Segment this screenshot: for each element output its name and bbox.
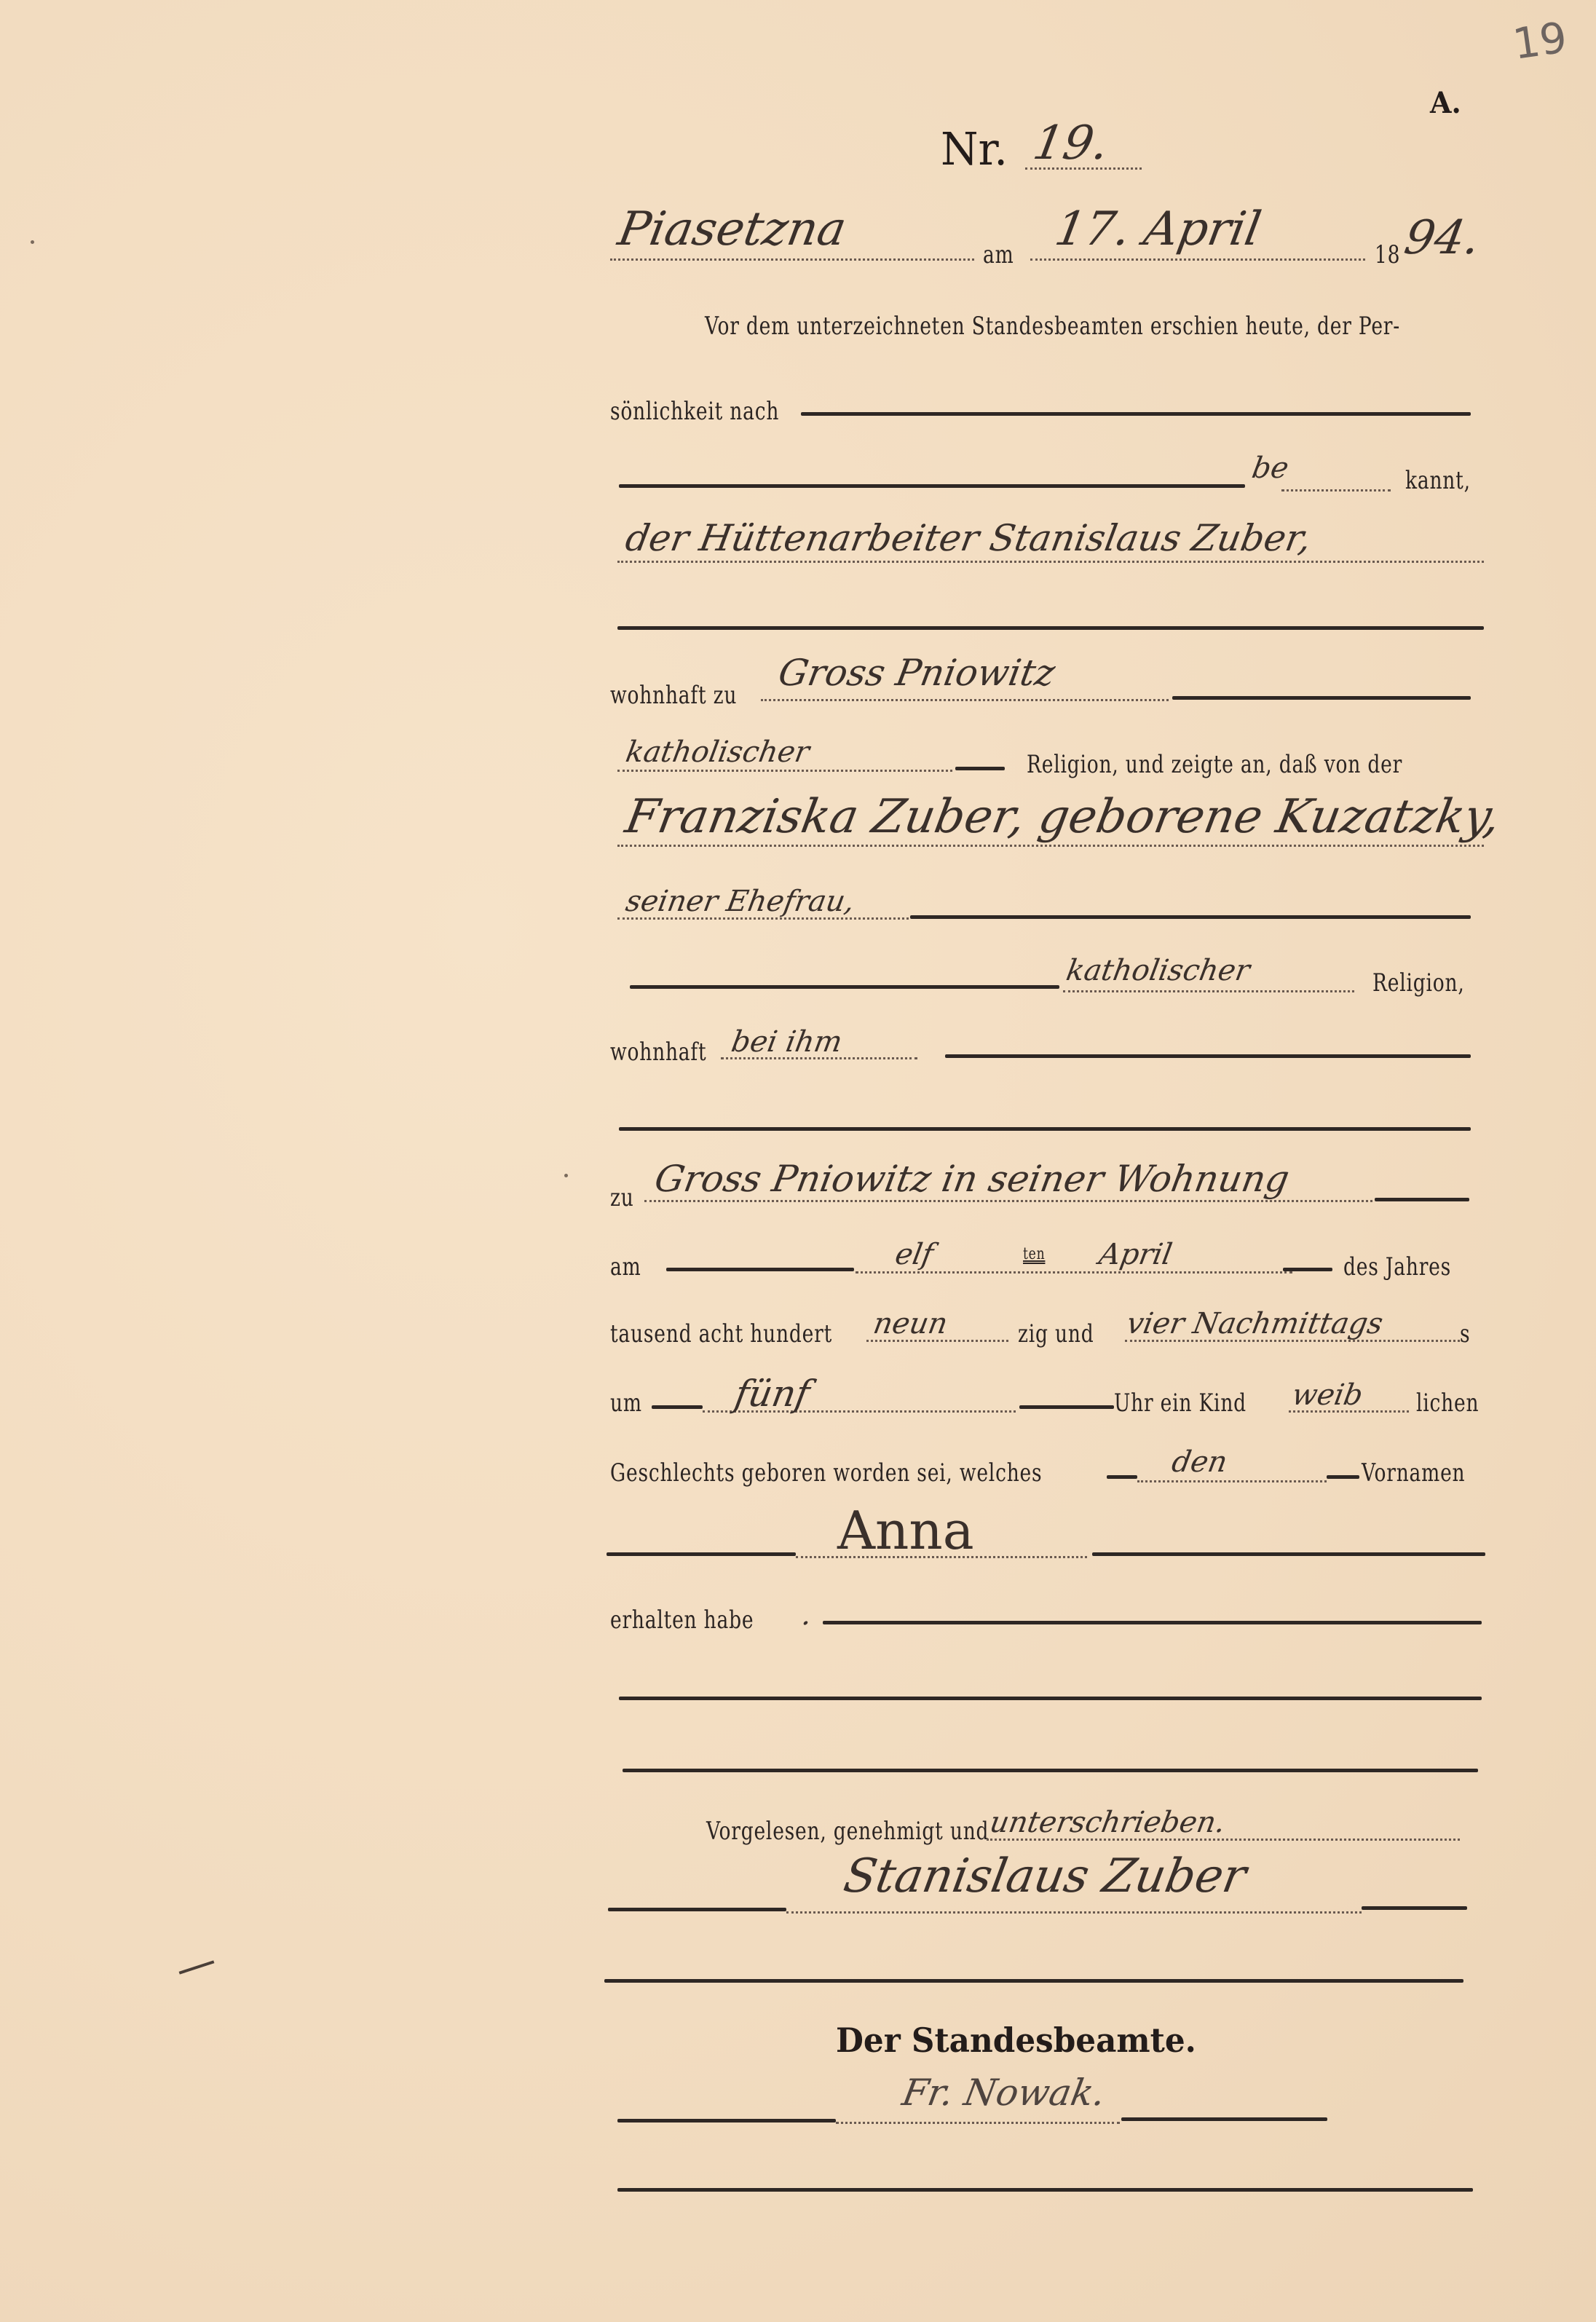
year-prefix: 18 — [1375, 240, 1400, 269]
informant-signature: Stanislaus Zuber — [840, 1849, 1249, 1903]
intro-text: Vor dem unterzeichneten Standesbeamten e… — [705, 312, 1400, 341]
record-number-label: Nr. — [941, 122, 1008, 175]
rule — [945, 1054, 1471, 1058]
date-value: 17. April — [1051, 202, 1265, 256]
rule — [604, 1979, 1463, 1983]
residence-label: wohnhaft zu — [610, 681, 737, 710]
rule — [801, 412, 1471, 416]
pencil-page-number: 19 — [1510, 12, 1571, 69]
rule — [652, 1405, 703, 1409]
paper-speck — [31, 240, 34, 244]
rule — [823, 1621, 1482, 1624]
dotted-line — [617, 561, 1484, 563]
religion-text-1: Religion, und zeigte an, daß von der — [1027, 750, 1402, 779]
dotted-line — [761, 699, 1169, 701]
paper-speck — [564, 1174, 568, 1177]
year-words-hand-1: neun — [871, 1307, 950, 1340]
child-name: Anna — [837, 1500, 974, 1561]
dotted-line — [786, 1911, 1362, 1914]
birthdate-year-label: des Jahres — [1343, 1252, 1451, 1282]
read-approved-hand: unterschrieben. — [987, 1806, 1228, 1839]
rule — [910, 915, 1471, 919]
year-words-hand-2: vier Nachmittags — [1124, 1307, 1386, 1340]
time-print: Uhr ein Kind — [1114, 1389, 1247, 1418]
rule — [1327, 1475, 1359, 1479]
rule — [1375, 1198, 1469, 1201]
read-approved-text: Vorgelesen, genehmigt und — [706, 1817, 989, 1846]
rule — [630, 985, 1059, 989]
time-label: um — [610, 1389, 642, 1418]
record-number: 19. — [1029, 117, 1113, 170]
official-title: Der Standesbeamte. — [836, 2021, 1196, 2060]
residence2-value: bei ihm — [729, 1025, 845, 1059]
rule — [617, 626, 1484, 630]
mother-name: Franziska Zuber, geborene Kuzatzky, — [621, 790, 1504, 844]
dotted-line — [856, 1271, 1292, 1273]
received-label: erhalten habe — [610, 1606, 754, 1635]
rule — [608, 1908, 786, 1911]
vornamen-label: Vornamen — [1362, 1458, 1465, 1488]
place-line — [610, 258, 974, 261]
dotted-line — [617, 845, 1484, 847]
rule — [1172, 696, 1471, 700]
date-line — [1030, 258, 1365, 261]
rule — [1121, 2117, 1327, 2121]
wife-label-hand: seiner Ehefrau, — [623, 885, 857, 918]
dotted-line — [617, 770, 952, 772]
residence-value: Gross Pniowitz — [775, 652, 1059, 694]
rule — [1019, 1405, 1114, 1409]
religion-value-1: katholischer — [623, 735, 812, 769]
personality-label: sönlichkeit nach — [610, 397, 779, 426]
year-suffix: 94. — [1400, 211, 1484, 265]
rule — [1283, 1268, 1332, 1271]
religion-text-2: Religion, — [1372, 968, 1465, 998]
rule — [607, 1552, 796, 1556]
religion-value-2: katholischer — [1064, 954, 1252, 987]
dotted-line — [836, 2122, 1120, 2124]
rule — [617, 2119, 836, 2122]
year-words-3: s — [1460, 1319, 1470, 1348]
sex-value: weib — [1289, 1378, 1365, 1412]
dotted-line — [1281, 489, 1391, 491]
dotted-line — [1137, 1480, 1327, 1482]
rule — [1107, 1475, 1137, 1479]
year-words-2: zig und — [1018, 1319, 1094, 1348]
rule — [619, 484, 1245, 488]
gender-hand: den — [1169, 1445, 1230, 1479]
rule — [623, 1769, 1478, 1772]
birthdate-day: elf — [893, 1238, 936, 1271]
rule — [619, 1127, 1471, 1131]
residence2-label: wohnhaft — [610, 1038, 706, 1067]
year-words-1: tausend acht hundert — [610, 1319, 832, 1348]
rule — [1362, 1906, 1467, 1910]
date-am-label: am — [983, 240, 1014, 269]
birthplace-value: Gross Pniowitz in seiner Wohnung — [652, 1158, 1292, 1200]
rule — [617, 2188, 1473, 2192]
rule — [1092, 1552, 1485, 1556]
rule — [955, 767, 1005, 770]
known-print: kannt, — [1405, 466, 1471, 495]
form-letter: A. — [1430, 86, 1461, 120]
dotted-line — [644, 1200, 1372, 1202]
official-signature: Fr. Nowak. — [899, 2072, 1109, 2114]
informant-name: der Hüttenarbeiter Stanislaus Zuber, — [623, 517, 1315, 559]
gender-print: Geschlechts geboren worden sei, welches — [610, 1458, 1042, 1488]
dotted-line — [1063, 990, 1354, 992]
known-hand: be — [1249, 451, 1291, 485]
birthplace-label: zu — [610, 1183, 634, 1212]
birthdate-ten: ten — [1023, 1245, 1045, 1263]
rule — [666, 1268, 854, 1271]
time-value: fünf — [732, 1373, 813, 1415]
place-name: Piasetzna — [614, 202, 850, 256]
birthdate-month: April — [1097, 1238, 1174, 1271]
birthdate-label: am — [610, 1252, 641, 1282]
sex-print: lichen — [1416, 1389, 1479, 1418]
rule — [619, 1697, 1482, 1700]
